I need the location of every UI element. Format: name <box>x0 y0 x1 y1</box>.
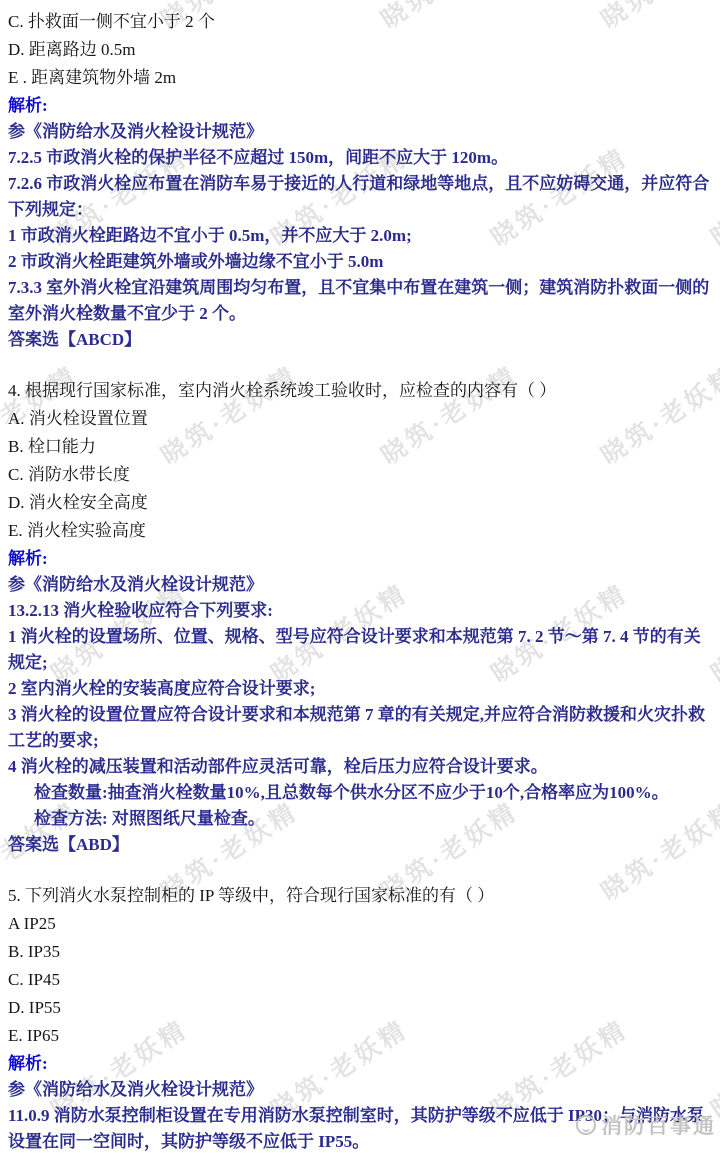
text-line-blue: 13.2.13 消火栓验收应符合下列要求: <box>8 598 710 624</box>
text-line-blue: 4 消火栓的减压装置和活动部件应灵活可靠，栓后压力应符合设计要求。 <box>8 754 710 780</box>
text-line-black: C. 消防水带长度 <box>8 461 710 489</box>
document-page: 晓筑·老妖精晓筑·老妖精晓筑·老妖精晓筑·老妖精晓筑·老妖精晓筑·老妖精晓筑·老… <box>0 0 720 1166</box>
brand-watermark: 消防百事通 <box>576 1110 716 1140</box>
text-line-black: A IP25 <box>8 910 710 938</box>
text-line-label: 解析: <box>8 1050 710 1077</box>
text-line-black: D. 距离路边 0.5m <box>8 36 710 64</box>
text-line-blue: 参《消防给水及消火栓设计规范》 <box>8 572 710 598</box>
text-line-blue: 7.2.5 市政消火栓的保护半径不应超过 150m，间距不应大于 120m。 <box>8 145 710 171</box>
text-line-blue: 参《消防给水及消火栓设计规范》 <box>8 119 710 145</box>
text-line-blue: 7.2.6 市政消火栓应布置在消防车易于接近的人行道和绿地等地点，且不应妨碍交通… <box>8 171 710 223</box>
text-line-black: E. 消火栓实验高度 <box>8 517 710 545</box>
brand-logo-icon <box>576 1115 596 1135</box>
text-line-black: B. 栓口能力 <box>8 433 710 461</box>
paragraph-spacer <box>8 353 710 377</box>
text-line-black: D. IP55 <box>8 994 710 1022</box>
text-line-black: D. 消火栓安全高度 <box>8 489 710 517</box>
text-line-blue: 1 消火栓的设置场所、位置、规格、型号应符合设计要求和本规范第 7. 2 节～第… <box>8 624 710 676</box>
document-content: C. 扑救面一侧不宜小于 2 个D. 距离路边 0.5mE . 距离建筑物外墙 … <box>0 0 720 1155</box>
text-line-blue: 1 市政消火栓距路边不宜小于 0.5m，并不应大于 2.0m; <box>8 223 710 249</box>
text-line-black: 5. 下列消火水泵控制柜的 IP 等级中，符合现行国家标准的有（ ） <box>8 882 710 910</box>
text-line-black: A. 消火栓设置位置 <box>8 405 710 433</box>
text-line-answer: 答案选【ABCD】 <box>8 327 710 353</box>
text-line-blue: 3 消火栓的设置位置应符合设计要求和本规范第 7 章的有关规定,并应符合消防救援… <box>8 702 710 754</box>
text-line-black: B. IP35 <box>8 938 710 966</box>
text-line-blue: 7.3.3 室外消火栓宜沿建筑周围均匀布置，且不宜集中布置在建筑一侧；建筑消防扑… <box>8 275 710 327</box>
text-line-label: 解析: <box>8 545 710 572</box>
text-line-blue: 2 市政消火栓距建筑外墙或外墙边缘不宜小于 5.0m <box>8 249 710 275</box>
text-line-blue: 参《消防给水及消火栓设计规范》 <box>8 1077 710 1103</box>
text-line-black: C. 扑救面一侧不宜小于 2 个 <box>8 8 710 36</box>
text-line-black: 4. 根据现行国家标准，室内消火栓系统竣工验收时，应检查的内容有（ ） <box>8 377 710 405</box>
text-line-indent: 检查方法: 对照图纸尺量检查。 <box>8 806 710 832</box>
paragraph-spacer <box>8 858 710 882</box>
text-line-black: C. IP45 <box>8 966 710 994</box>
text-line-black: E. IP65 <box>8 1022 710 1050</box>
text-line-blue: 2 室内消火栓的安装高度应符合设计要求; <box>8 676 710 702</box>
text-line-black: E . 距离建筑物外墙 2m <box>8 64 710 92</box>
text-line-label: 解析: <box>8 92 710 119</box>
text-line-answer: 答案选【ABD】 <box>8 832 710 858</box>
brand-text: 消防百事通 <box>601 1110 716 1140</box>
text-line-indent: 检查数量:抽查消火栓数量10%,且总数每个供水分区不应少于10个,合格率应为10… <box>8 780 710 806</box>
